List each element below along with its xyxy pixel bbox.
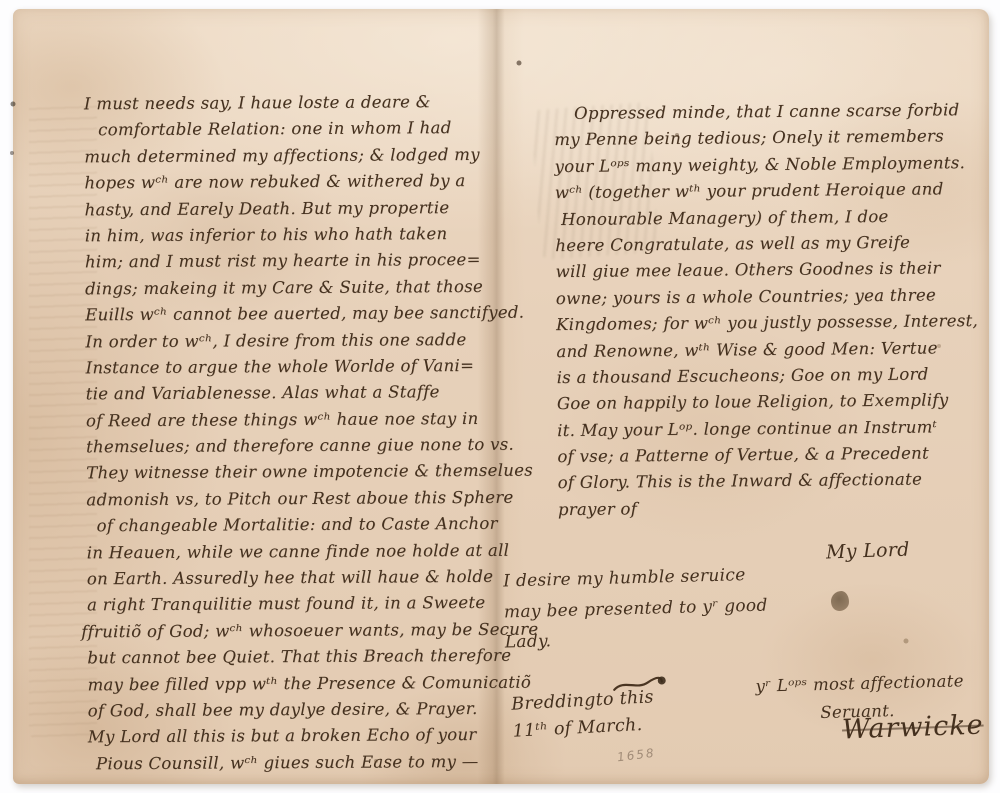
manuscript-line: Instance to argue the whole Worlde of Va… <box>86 353 522 382</box>
manuscript-line: and Renowne, wᵗʰ Wise & good Men: Vertue <box>556 334 992 365</box>
manuscript-line: may bee filled vpp wᵗʰ the Presence & Co… <box>87 669 523 698</box>
letter-page-left: I must needs say, I haue loste a deare &… <box>84 89 524 778</box>
manuscript-line: In order to wᶜʰ, I desire from this one … <box>85 326 521 355</box>
manuscript-line: Pious Counsill, wᶜʰ giues such Ease to m… <box>96 748 524 777</box>
manuscript-line: of Glory. This is the Inward & affection… <box>558 466 994 497</box>
manuscript-line: of God, shall bee my daylye desire, & Pr… <box>88 696 524 725</box>
closing-my-lord: My Lord <box>826 539 910 564</box>
manuscript-line: of vse; a Patterne of Vertue, & a Preced… <box>557 440 993 471</box>
manuscript-line: prayer of <box>558 493 994 524</box>
manuscript-line: Oppressed minde, that I canne scarse for… <box>574 97 990 127</box>
manuscript-line: in Heauen, while we canne finde noe hold… <box>87 537 523 566</box>
manuscript-line: it. May your Lᵒᵖ. longe continue an Inst… <box>557 414 993 445</box>
manuscript-line: I must needs say, I haue loste a deare & <box>84 89 520 118</box>
manuscript-line: a right Tranquilitie must found it, in a… <box>87 590 523 619</box>
manuscript-line: wᶜʰ (together wᵗʰ your prudent Heroique … <box>555 176 991 207</box>
manuscript-line: of Reed are these things wᶜʰ haue noe st… <box>86 405 522 434</box>
manuscript-line: Euills wᶜʰ cannot bee auerted, may bee s… <box>85 300 521 329</box>
manuscript-line: My Lord all this is but a broken Echo of… <box>88 722 524 751</box>
manuscript-line: Honourable Managery) of them, I doe <box>561 202 991 233</box>
manuscript-line: of changeable Mortalitie: and to Caste A… <box>96 511 522 540</box>
manuscript-line: your Lᵒᵖˢ many weighty, & Noble Employme… <box>554 150 990 181</box>
manuscript-line: my Penne being tedious; Onely it remembe… <box>554 123 990 154</box>
manuscript-line: comfortable Relation: one in whom I had <box>98 115 520 144</box>
ink-blot <box>831 591 849 611</box>
manuscript-line: hasty, and Earely Death. But my properti… <box>85 194 521 223</box>
signoff-line: yʳ Lᵒᵖˢ most affectionate <box>755 667 964 700</box>
paper-specks <box>0 0 2 2</box>
manuscript-line: Goe on happily to loue Religion, to Exem… <box>557 387 993 418</box>
manuscript-line: hopes wᶜʰ are now rebuked & withered by … <box>84 168 520 197</box>
manuscript-line: tie and Variablenesse. Alas what a Staff… <box>86 379 522 408</box>
manuscript-line: themselues; and therefore canne giue non… <box>86 432 522 461</box>
manuscript-line: Kingdomes; for wᶜʰ you justly possesse, … <box>556 308 992 339</box>
manuscript-line: ffruitiõ of God; wᶜʰ whosoeuer wants, ma… <box>81 616 523 645</box>
dateline: Breddingto this 11ᵗʰ of March. <box>511 684 656 745</box>
manuscript-line: much determined my affections; & lodged … <box>84 141 520 170</box>
manuscript-line: dings; makeing it my Care & Suite, that … <box>85 273 521 302</box>
manuscript-line: is a thousand Escucheons; Goe on my Lord <box>557 361 993 392</box>
manuscript-line: will giue mee leaue. Others Goodnes is t… <box>556 255 992 286</box>
letter-page-right: Oppressed minde, that I canne scarse for… <box>554 97 994 523</box>
manuscript-line: in him, was inferior to his who hath tak… <box>85 221 521 250</box>
manuscript-line: owne; yours is a whole Countries; yea th… <box>556 282 992 313</box>
manuscript-line: admonish vs, to Pitch our Rest aboue thi… <box>86 485 522 514</box>
manuscript-line: heere Congratulate, as well as my Greife <box>555 229 991 260</box>
manuscript-line: They witnesse their owne impotencie & th… <box>86 458 522 487</box>
postscript: I desire my humble seruice may bee prese… <box>503 560 769 658</box>
signature-warwicke: Warwicke <box>842 710 985 746</box>
manuscript-line: on Earth. Assuredly hee that will haue &… <box>87 564 523 593</box>
manuscript-line: but cannot bee Quiet. That this Breach t… <box>87 643 523 672</box>
manuscript-line: him; and I must rist my hearte in his pr… <box>85 247 521 276</box>
